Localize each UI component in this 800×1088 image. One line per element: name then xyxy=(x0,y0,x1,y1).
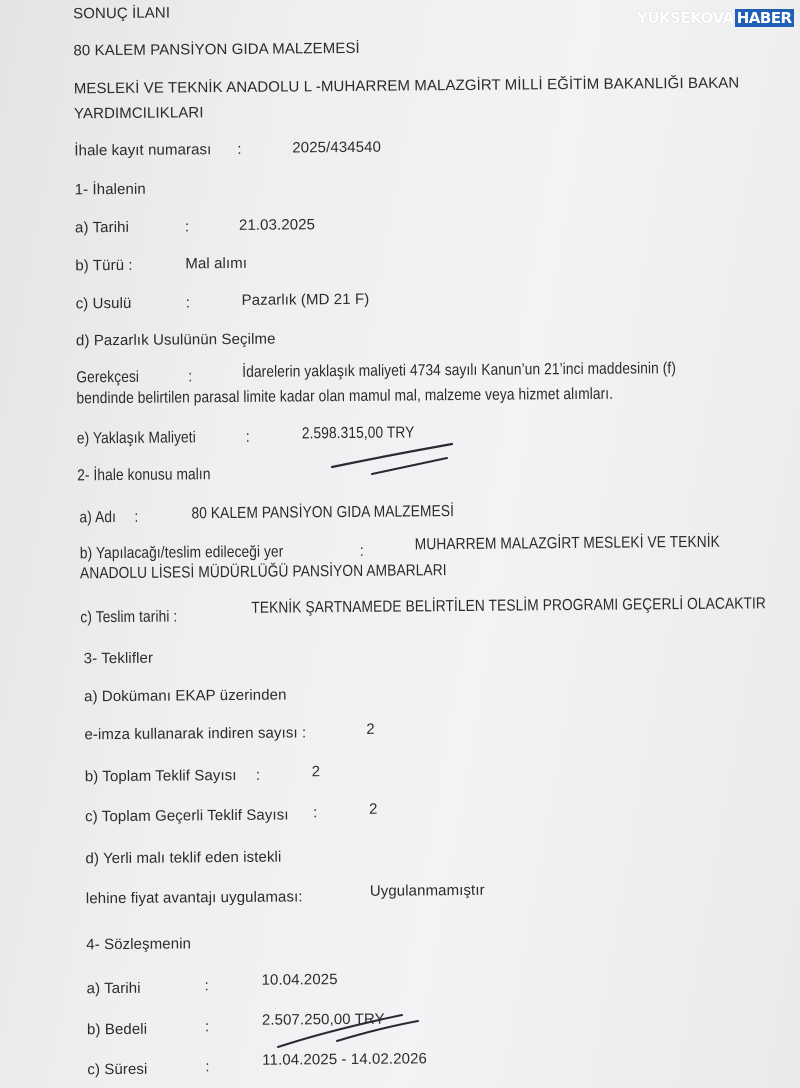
total-bids-label: b) Toplam Teklif Sayısı xyxy=(85,767,237,785)
valid-bids-label: c) Toplam Geçerli Teklif Sayısı xyxy=(85,807,289,826)
item-name-sep: : xyxy=(134,509,138,527)
tender-type-value: Mal alımı xyxy=(185,255,247,273)
contract-duration-value: 11.04.2025 - 14.02.2026 xyxy=(262,1050,427,1068)
reason-line2: bendinde belirtilen parasal limite kadar… xyxy=(76,386,613,409)
price-advantage-label: lehine fiyat avantajı uygulaması: xyxy=(86,888,303,907)
section4-heading: 4- Sözleşmenin xyxy=(86,935,191,953)
section3-heading: 3- Teklifler xyxy=(84,650,153,668)
reason-sep: : xyxy=(188,368,192,386)
valid-bids-value: 2 xyxy=(369,801,378,818)
tender-method-value: Pazarlık (MD 21 F) xyxy=(242,291,370,309)
item-name-label: a) Adı xyxy=(79,509,116,527)
docs-downloaded-value: 2 xyxy=(366,721,375,738)
tender-date-sep: : xyxy=(185,218,189,235)
contract-price-label: b) Bedeli xyxy=(87,1021,147,1039)
registry-value: 2025/434540 xyxy=(292,139,381,157)
docs-downloaded-label: e-imza kullanarak indiren sayısı : xyxy=(84,724,306,743)
item-name-value: 80 KALEM PANSİYON GIDA MALZEMESİ xyxy=(191,503,454,523)
section1-heading: 1- İhalenin xyxy=(75,181,146,199)
contract-duration-sep: : xyxy=(205,1058,209,1075)
price-advantage-value: Uygulanmamıştır xyxy=(370,882,485,900)
registry-sep: : xyxy=(237,141,241,158)
delivery-place-label: b) Yapılacağı/teslim edileceği yer xyxy=(80,544,284,564)
registry-label: İhale kayıt numarası xyxy=(74,141,211,159)
docs-line1: a) Dokümanı EKAP üzerinden xyxy=(84,687,287,706)
tender-method-label: c) Usulü xyxy=(76,295,132,312)
delivery-place-value-line1: MUHARREM MALAZGİRT MESLEKİ VE TEKNİK xyxy=(415,534,720,555)
delivery-date-value: TEKNİK ŞARTNAMEDE BELİRTİLEN TESLİM PROG… xyxy=(251,595,766,617)
reason-heading: d) Pazarlık Usulünün Seçilme xyxy=(76,331,276,350)
total-bids-value: 2 xyxy=(312,763,321,780)
domestic-line1: d) Yerli malı teklif eden istekli xyxy=(85,849,281,868)
tender-type-label: b) Türü : xyxy=(75,257,132,274)
total-bids-sep: : xyxy=(256,767,260,784)
contract-duration-label: c) Süresi xyxy=(87,1061,147,1079)
tender-method-sep: : xyxy=(186,294,190,311)
tender-date-label: a) Tarihi xyxy=(75,219,129,236)
reason-line1: İdarelerin yaklaşık maliyeti 4734 sayılı… xyxy=(242,360,676,382)
contract-date-sep: : xyxy=(205,977,209,994)
document-title: SONUÇ İLANI xyxy=(73,5,170,23)
reason-label: Gerekçesi xyxy=(76,369,139,388)
delivery-place-value-line2: ANADOLU LİSESİ MÜDÜRLÜĞÜ PANSİYON AMBARL… xyxy=(80,562,447,583)
institution-line2: YARDIMCILIKLARI xyxy=(74,104,204,122)
section2-heading: 2- İhale konusu malın xyxy=(77,466,211,485)
estimated-cost-sep: : xyxy=(246,429,250,447)
contract-date-label: a) Tarihi xyxy=(87,980,141,997)
valid-bids-sep: : xyxy=(313,804,317,821)
delivery-date-label: c) Teslim tarihi : xyxy=(80,608,177,627)
institution-line1: MESLEKİ VE TEKNİK ANADOLU L -MUHARREM MA… xyxy=(74,75,740,98)
tender-date-value: 21.03.2025 xyxy=(239,216,315,234)
estimated-cost-label: e) Yaklaşık Maliyeti xyxy=(77,429,196,448)
document-subject: 80 KALEM PANSİYON GIDA MALZEMESİ xyxy=(73,40,359,59)
contract-date-value: 10.04.2025 xyxy=(261,971,337,989)
delivery-place-sep: : xyxy=(360,543,364,561)
contract-price-value: 2.507.250,00 TRY xyxy=(262,1011,385,1029)
contract-price-sep: : xyxy=(205,1018,209,1035)
estimated-cost-value: 2.598.315,00 TRY xyxy=(302,424,415,443)
document-page: SONUÇ İLANI 80 KALEM PANSİYON GIDA MALZE… xyxy=(0,0,800,1088)
